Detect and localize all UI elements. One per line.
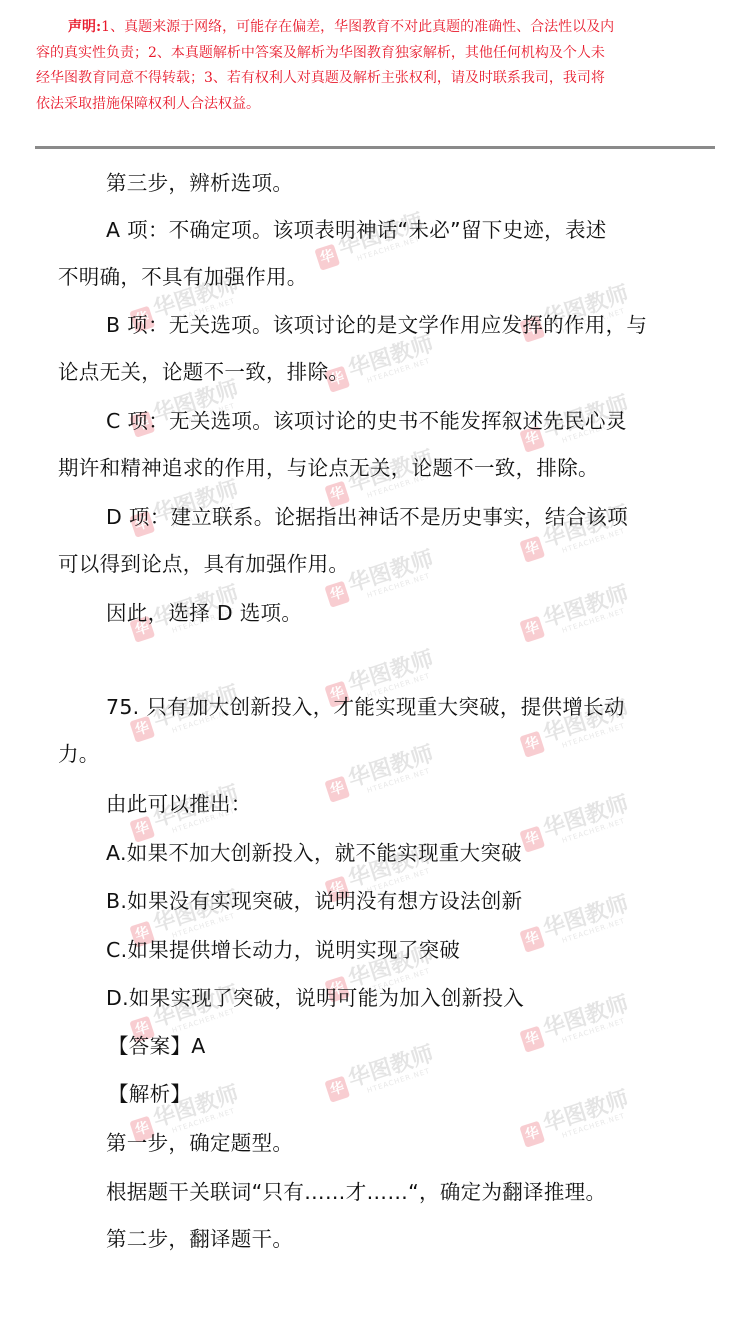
analysis-heading: 【解析】 [108, 1077, 191, 1107]
watermark: 华华图教师HTEACHER.NET [518, 893, 634, 956]
option-d-analysis-cont: 可以得到论点，具有加强作用。 [58, 547, 349, 577]
watermark-logo-icon: 华 [519, 536, 545, 563]
question-prompt: 由此可以推出： [106, 787, 252, 817]
disclaimer: 声明:1、真题来源于网络，可能存在偏差，华图教育不对此真题的准确性、合法性以及内… [36, 15, 716, 117]
disclaimer-line: 1、真题来源于网络，可能存在偏差，华图教育不对此真题的准确性、合法性以及内 [101, 19, 614, 35]
question-75-stem-cont: 力。 [58, 737, 100, 767]
disclaimer-label: 声明: [68, 19, 101, 35]
watermark-logo-icon: 华 [519, 1026, 545, 1053]
watermark-logo-icon: 华 [314, 244, 340, 271]
watermark: 华华图教师HTEACHER.NET [323, 1043, 439, 1106]
answer: 【答案】A [108, 1029, 206, 1059]
watermark-logo-icon: 华 [324, 1076, 350, 1103]
watermark-logo-icon: 华 [324, 581, 350, 608]
watermark-logo-icon: 华 [519, 616, 545, 643]
watermark: 华华图教师HTEACHER.NET [323, 743, 439, 806]
option-a-analysis-cont: 不明确，不具有加强作用。 [58, 260, 308, 290]
option-b-analysis: B 项：无关选项。该项讨论的是文学作用应发挥的作用，与 [106, 308, 647, 338]
choice-d: D.如果实现了突破，说明可能为加入创新投入 [106, 981, 524, 1011]
option-b-analysis-cont: 论点无关，论题不一致，排除。 [58, 355, 349, 385]
choice-b: B.如果没有实现突破，说明没有想方设法创新 [106, 884, 522, 914]
watermark: 华华图教师HTEACHER.NET [518, 1088, 634, 1151]
choice-a: A.如果不加大创新投入，就不能实现重大突破 [106, 836, 522, 866]
watermark-logo-icon: 华 [324, 776, 350, 803]
watermark-logo-icon: 华 [519, 926, 545, 953]
step3-heading: 第三步，辨析选项。 [106, 166, 293, 196]
watermark: 华华图教师HTEACHER.NET [518, 793, 634, 856]
disclaimer-line: 依法采取措施保障权利人合法权益。 [36, 92, 716, 118]
option-c-analysis-cont: 期许和精神追求的作用，与论点无关，论题不一致，排除。 [58, 451, 599, 481]
choice-c: C.如果提供增长动力，说明实现了突破 [106, 933, 460, 963]
conclusion: 因此，选择 D 选项。 [106, 596, 302, 626]
step1-heading: 第一步，确定题型。 [106, 1126, 293, 1156]
watermark: 华华图教师HTEACHER.NET [518, 993, 634, 1056]
question-75-stem: 75. 只有加大创新投入，才能实现重大突破，提供增长动 [106, 690, 625, 720]
watermark-logo-icon: 华 [519, 1121, 545, 1148]
disclaimer-line: 经华图教育同意不得转载；3、若有权利人对真题及解析主张权利，请及时联系我司，我司… [36, 66, 716, 92]
watermark-logo-icon: 华 [519, 826, 545, 853]
option-a-analysis: A 项：不确定项。该项表明神话“未必”留下史迹，表述 [106, 213, 607, 243]
step2-heading: 第二步，翻译题干。 [106, 1222, 293, 1252]
watermark-logo-icon: 华 [519, 731, 545, 758]
watermark: 华华图教师HTEACHER.NET [518, 583, 634, 646]
divider [35, 146, 715, 149]
option-c-analysis: C 项：无关选项。该项讨论的史书不能发挥叙述先民心灵 [106, 404, 627, 434]
step1-detail: 根据题干关联词“只有……才……“，确定为翻译推理。 [106, 1175, 606, 1205]
option-d-analysis: D 项：建立联系。论据指出神话不是历史事实，结合该项 [106, 500, 628, 530]
disclaimer-line: 容的真实性负责；2、本真题解析中答案及解析为华图教育独家解析，其他任何机构及个人… [36, 41, 716, 67]
